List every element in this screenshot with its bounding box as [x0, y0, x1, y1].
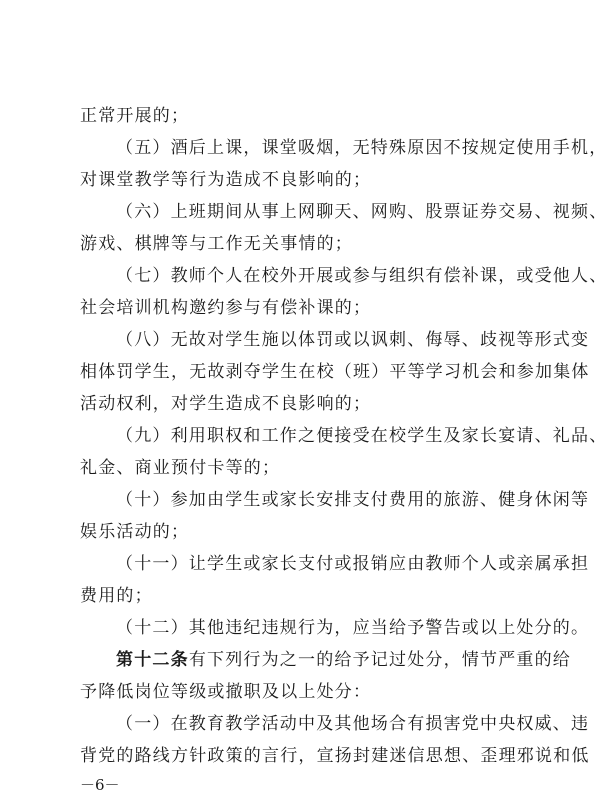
text-line: 背党的路线方针政策的言行，宣扬封建迷信思想、歪理邪说和低: [80, 745, 528, 767]
text-line: 正常开展的；: [80, 105, 528, 127]
text-line: （一）在教育教学活动中及其他场合有损害党中央权威、违: [116, 713, 528, 735]
text-line: 游戏、棋牌等与工作无关事情的；: [80, 233, 528, 255]
text-line: （五）酒后上课，课堂吸烟，无特殊原因不按规定使用手机，: [116, 137, 528, 159]
text-line: （七）教师个人在校外开展或参与组织有偿补课，或受他人、: [116, 265, 528, 287]
text-line: 活动权利，对学生造成不良影响的；: [80, 393, 528, 415]
text-line: （十一）让学生或家长支付或报销应由教师个人或亲属承担: [116, 553, 528, 575]
text-line: （六）上班期间从事上网聊天、网购、股票证券交易、视频、: [116, 201, 528, 223]
text-line: （十二）其他违纪违规行为，应当给予警告或以上处分的。: [116, 617, 528, 639]
text-line: （十）参加由学生或家长安排支付费用的旅游、健身休闲等: [116, 489, 528, 511]
text-line: 相体罚学生，无故剥夺学生在校（班）平等学习机会和参加集体: [80, 361, 528, 383]
text-line: （九）利用职权和工作之便接受在校学生及家长宴请、礼品、: [116, 425, 528, 447]
text-line: 费用的；: [80, 585, 528, 607]
text-line: 对课堂教学等行为造成不良影响的；: [80, 169, 528, 191]
page-number: －6－: [80, 776, 120, 794]
text-line: 予降低岗位等级或撤职及以上处分：: [80, 681, 528, 703]
document-page: 正常开展的； （五）酒后上课，课堂吸烟，无特殊原因不按规定使用手机， 对课堂教学…: [0, 0, 609, 811]
article-line: 第十二条有下列行为之一的给予记过处分，情节严重的给: [116, 649, 528, 671]
text-line: 礼金、商业预付卡等的；: [80, 457, 528, 479]
article-text: 有下列行为之一的给予记过处分，情节严重的给: [189, 649, 571, 671]
article-label: 第十二条: [116, 649, 189, 671]
text-line: 社会培训机构邀约参与有偿补课的；: [80, 297, 528, 319]
text-line: 娱乐活动的；: [80, 521, 528, 543]
text-line: （八）无故对学生施以体罚或以讽刺、侮辱、歧视等形式变: [116, 329, 528, 351]
